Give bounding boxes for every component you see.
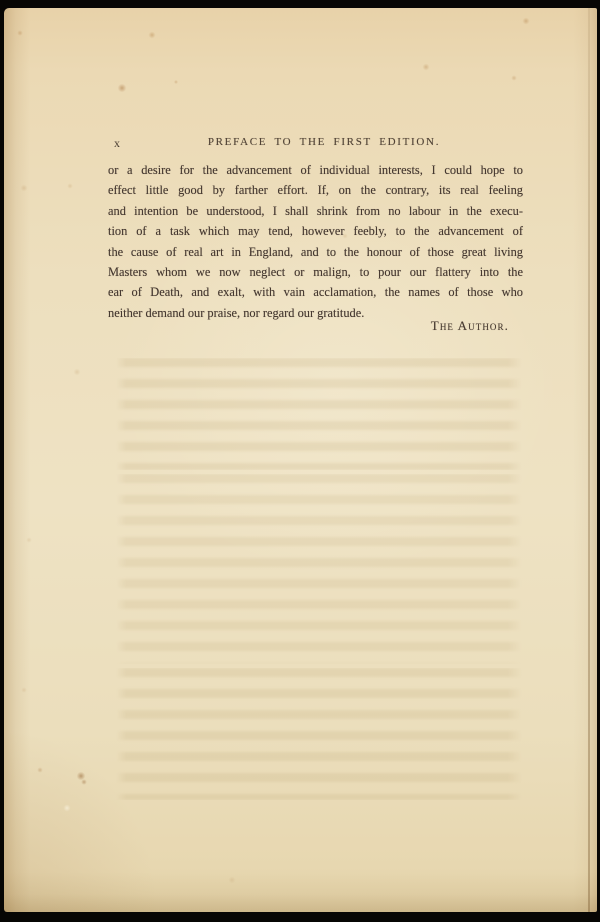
body-line: the cause of real art in England, and to…: [108, 242, 523, 262]
body-line: or a desire for the advancement of indiv…: [108, 160, 523, 180]
body-line: Masters whom we now neglect or malign, t…: [108, 262, 523, 282]
running-header: PREFACE TO THE FIRST EDITION.: [154, 136, 494, 148]
show-through-text: [116, 474, 522, 664]
body-line: and intention be understood, I shall shr…: [108, 201, 523, 221]
page-edge-crease: [588, 8, 590, 912]
scan-background: x PREFACE TO THE FIRST EDITION. or a des…: [0, 0, 600, 922]
page-number: x: [114, 136, 121, 151]
body-line: ear of Death, and exalt, with vain accla…: [108, 282, 523, 302]
show-through-text: [116, 668, 522, 800]
book-page: x PREFACE TO THE FIRST EDITION. or a des…: [4, 8, 597, 912]
body-line: tion of a task which may tend, however f…: [108, 221, 523, 241]
preface-paragraph: or a desire for the advancement of indiv…: [108, 160, 523, 323]
author-signature: The Author.: [431, 318, 509, 334]
show-through-text: [116, 358, 522, 470]
body-line: effect little good by farther effort. If…: [108, 180, 523, 200]
